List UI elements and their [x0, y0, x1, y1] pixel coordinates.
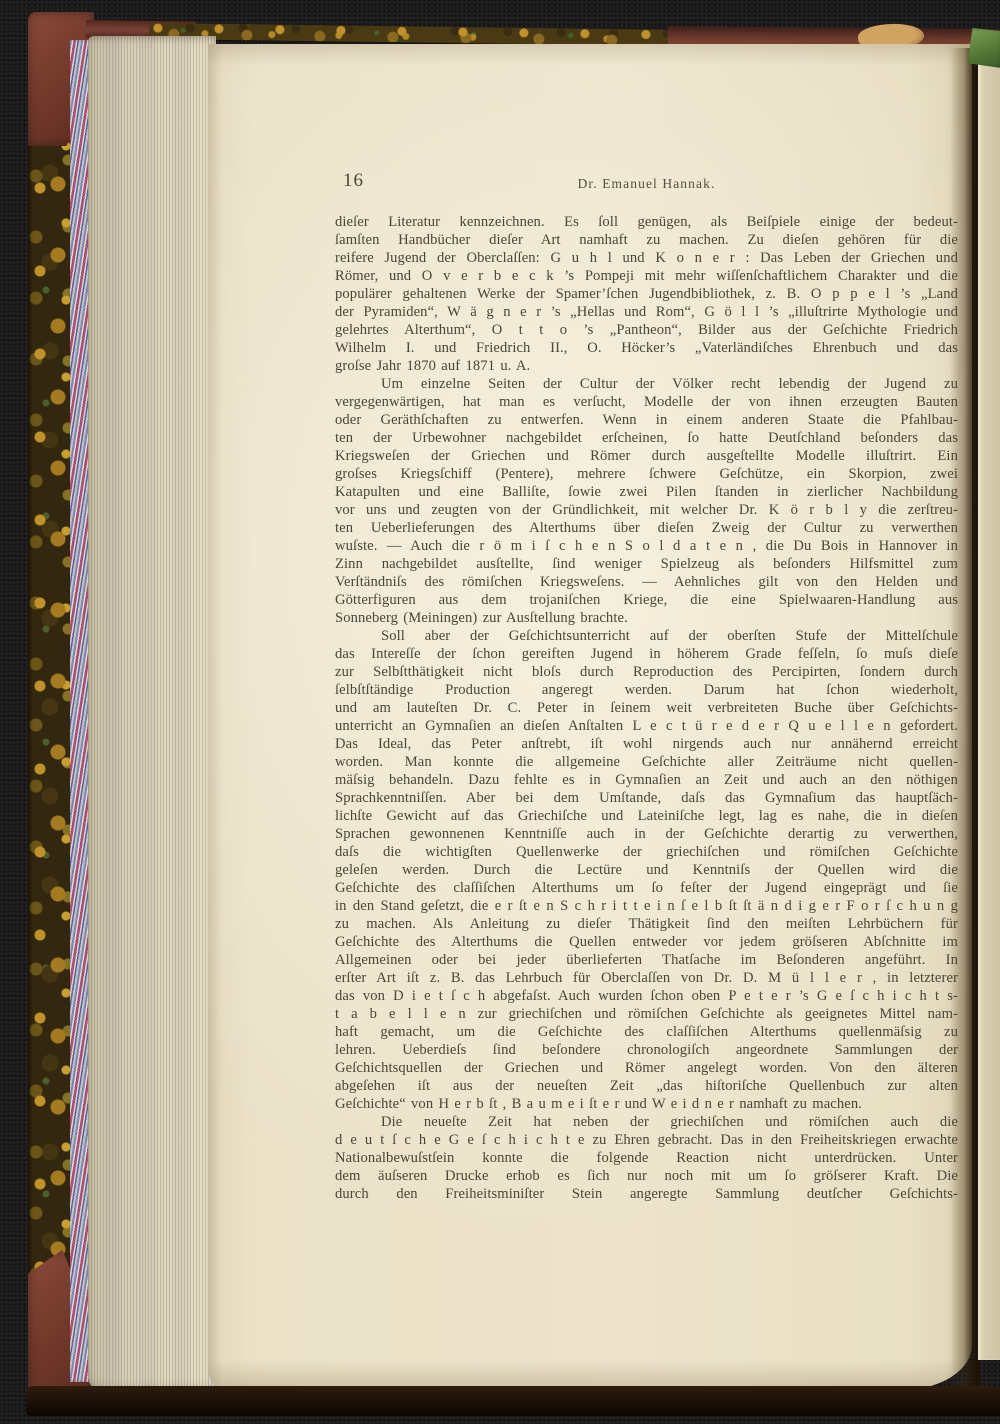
text-line: Geſchichte“ von H e r b ſt , B a u m e i… — [335, 1095, 958, 1113]
book-page: 16 Dr. Emanuel Hannak. dieſer Literatur … — [208, 44, 972, 1390]
text-line: ten Ueberlieferungen des Alterthums über… — [335, 519, 958, 537]
text-line: in den Stand geſetzt, die e r ſt e n S c… — [335, 897, 958, 915]
text-line: abgeſehen iſt aus der neueſten Zeit „das… — [335, 1077, 958, 1095]
text-line: Sprachkenntniſſen. Aber bei dem Umſtande… — [335, 789, 958, 807]
top-edge-marble — [150, 23, 695, 46]
text-block: dieſer Literatur kennzeichnen. Es ſoll g… — [335, 213, 958, 1203]
text-line: gelehrtes Alterthum“, O t t o ’s „Panthe… — [335, 321, 958, 339]
text-line: zu machen. Als Anleitung zu dieſer Thäti… — [335, 915, 958, 933]
page-stack-edges — [88, 36, 216, 1392]
text-line: vor uns und zeugten von der Gründlichkei… — [335, 501, 958, 519]
text-line: das von D i e t ſ c h abgefaſst. Auch wu… — [335, 987, 958, 1005]
text-line: Geſchichte des Alterthums die Quellen en… — [335, 933, 958, 951]
gutter-shadow — [950, 48, 980, 1390]
text-line: unterricht an Gymnaſien an dieſen Anſtal… — [335, 717, 958, 735]
bottom-board-edge — [26, 1386, 1000, 1416]
text-line: wuſste. — Auch die r ö m i ſ c h e n S o… — [335, 537, 958, 555]
text-line: lehren. Ueberdieſs ſind beſondere chrono… — [335, 1041, 958, 1059]
text-line: geleſen werden. Durch die Lectüre und Ke… — [335, 861, 958, 879]
text-line: Sonneberg (Meiningen) zur Ausſtellung br… — [335, 609, 958, 627]
text-line: Wilhelm I. und Friedrich II., O. Höcker’… — [335, 339, 958, 357]
paragraph: Um einzelne Seiten der Cultur der Völker… — [335, 375, 958, 627]
text-line: worden. Man konnte die allgemeine Geſchi… — [335, 753, 958, 771]
text-line: oder Geräthſchaften zu entwerfen. Wenn i… — [335, 411, 958, 429]
text-line: Geſchichte des claſſiſchen Alterthums um… — [335, 879, 958, 897]
text-line: ten der Urbewohner nachgebildet erſchein… — [335, 429, 958, 447]
text-line: Allgemeinen oder bei jeder überlieferten… — [335, 951, 958, 969]
facing-page-sliver — [978, 54, 1000, 1360]
text-line: Soll aber der Geſchichtsunterricht auf d… — [335, 627, 958, 645]
text-line: Götterfiguren aus dem trojaniſchen Krieg… — [335, 591, 958, 609]
text-line: reifere Jugend der Oberclaſſen: G u h l … — [335, 249, 958, 267]
text-line: haft gemacht, um die Geſchichte des claſ… — [335, 1023, 958, 1041]
running-head: Dr. Emanuel Hannak. — [335, 176, 958, 192]
text-line: zur Selbſtthätigkeit nicht bloſs durch R… — [335, 663, 958, 681]
text-line: vergegenwärtigen, hat man es verſucht, M… — [335, 393, 958, 411]
text-line: t a b e l l e n zur griechiſchen und röm… — [335, 1005, 958, 1023]
text-line: Das Ideal, das Peter anſtrebt, iſt wohl … — [335, 735, 958, 753]
text-line: Verſtändniſs des römiſchen Kriegsweſens.… — [335, 573, 958, 591]
text-line: groſse Jahr 1870 auf 1871 u. A. — [335, 357, 958, 375]
text-line: Katapulten und eine Balliſte, ſowie zwei… — [335, 483, 958, 501]
text-line: Die neueſte Zeit hat neben der griechiſc… — [335, 1113, 958, 1131]
paragraph: Soll aber der Geſchichtsunterricht auf d… — [335, 627, 958, 1113]
text-line: groſses Kriegsſchiff (Pentere), mehrere … — [335, 465, 958, 483]
text-line: das Intereſſe der ſchon gereiften Jugend… — [335, 645, 958, 663]
text-line: Sprachen gewonnenen Kenntniſſe auch in d… — [335, 825, 958, 843]
text-line: Geſchichtsquellen der Griechen und Römer… — [335, 1059, 958, 1077]
paragraph: dieſer Literatur kennzeichnen. Es ſoll g… — [335, 213, 958, 375]
text-line: d e u t ſ c h e G e ſ c h i c h t e zu E… — [335, 1131, 958, 1149]
text-line: Nationalbewuſstſein konnte die folgende … — [335, 1149, 958, 1167]
text-line: lichſte Gewicht auf das Griechiſche und … — [335, 807, 958, 825]
text-line: durch den Freiheitsminiſter Stein angere… — [335, 1185, 958, 1203]
text-line: ſelbſtſtändige Production angeregt werde… — [335, 681, 958, 699]
text-line: Römer, und O v e r b e c k ’s Pompeji mi… — [335, 267, 958, 285]
text-line: Zinn nachgebildet ausſtellte, ſind wenig… — [335, 555, 958, 573]
text-line: Um einzelne Seiten der Cultur der Völker… — [335, 375, 958, 393]
text-line: dieſer Literatur kennzeichnen. Es ſoll g… — [335, 213, 958, 231]
text-line: dem äuſseren Drucke erhob es ſich nur no… — [335, 1167, 958, 1185]
text-line: Kriegsweſen der Griechen und Römer durch… — [335, 447, 958, 465]
text-line: erſter Art iſt z. B. das Lehrbuch für Ob… — [335, 969, 958, 987]
text-line: mäſsig behandeln. Dazu fehlte es in Gymn… — [335, 771, 958, 789]
text-line: und am lauteſten Dr. C. Peter in ſeinem … — [335, 699, 958, 717]
text-line: populärer gehaltenen Werke der Spamer’ſc… — [335, 285, 958, 303]
text-line: der Pyramiden“, W ä g n e r ’s „Hellas u… — [335, 303, 958, 321]
text-line: daſs die wichtigſten Quellenwerke der gr… — [335, 843, 958, 861]
paragraph: Die neueſte Zeit hat neben der griechiſc… — [335, 1113, 958, 1203]
scan-background: 16 Dr. Emanuel Hannak. dieſer Literatur … — [0, 0, 1000, 1424]
text-line: ſamſten Handbücher dieſer Art namhaft zu… — [335, 231, 958, 249]
